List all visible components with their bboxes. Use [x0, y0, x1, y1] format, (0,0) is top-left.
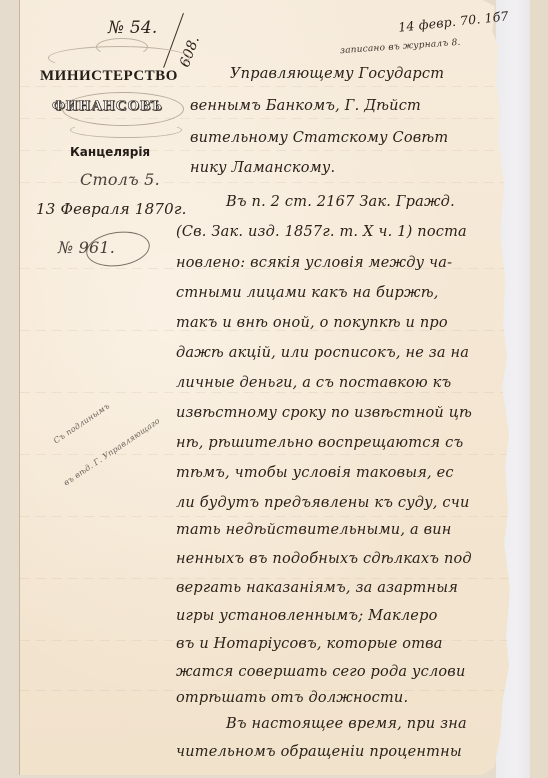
body-line: тать недѣйствительными, а вин	[176, 522, 452, 538]
body-line: извѣстному сроку по извѣстной цѣ	[176, 405, 472, 421]
scan-backdrop-right	[530, 0, 548, 778]
body-line: такъ и внѣ оной, о покупкѣ и про	[176, 315, 448, 331]
letterhead-flourish-top-2	[96, 38, 148, 56]
letterhead-ministry: МИНИСТЕРСТВО	[40, 68, 178, 85]
letterhead-finance: ФИНАНСОВЪ	[52, 98, 163, 115]
body-line: новлено: всякія условія между ча-	[176, 255, 452, 271]
body-line: дажѣ акцій, или росписокъ, не за на	[176, 345, 469, 361]
body-line: ли будутъ предъявлены къ суду, счи	[176, 495, 470, 511]
reference-number: № 54.	[108, 18, 158, 38]
outgoing-number: № 961.	[58, 238, 115, 257]
body-line: Въ настоящее время, при зна	[226, 716, 467, 732]
body-line: стными лицами какъ на биржѣ,	[176, 285, 439, 301]
desk-number: Столъ 5.	[80, 170, 160, 189]
body-line: вергать наказаніямъ, за азартныя	[176, 580, 458, 596]
address-line: Управляющему Государст	[230, 66, 444, 82]
body-line: ненныхъ въ подобныхъ сдѣлкахъ под	[176, 551, 472, 567]
letterhead-chancellery: Канцелярія	[70, 145, 150, 159]
body-line: личные деньги, а съ поставкою къ	[176, 375, 451, 391]
body-line: отрѣшать отъ должности.	[176, 690, 408, 706]
address-line: нику Ламанскому.	[190, 160, 335, 176]
body-line: чительномъ обращеніи процентны	[176, 744, 462, 760]
address-line: веннымъ Банкомъ, Г. Дѣйст	[190, 98, 421, 114]
address-line: вительному Статскому Совѣт	[190, 130, 448, 146]
body-line: нѣ, рѣшительно воспрещаются съ	[176, 435, 463, 451]
letterhead-flourish-bottom	[70, 122, 182, 138]
body-line: тѣмъ, чтобы условія таковыя, ес	[176, 465, 454, 481]
body-line: игры установленнымъ; Маклеро	[176, 608, 438, 624]
body-line: жатся совершать сего рода услови	[176, 664, 466, 680]
letter-date: 13 Февраля 1870г.	[36, 200, 187, 218]
body-line: Въ п. 2 ст. 2167 Зак. Гражд.	[226, 194, 455, 210]
body-line: въ и Нотаріусовъ, которые отва	[176, 636, 443, 652]
body-line: (Св. Зак. изд. 1857г. т. X ч. 1) поста	[176, 224, 467, 240]
